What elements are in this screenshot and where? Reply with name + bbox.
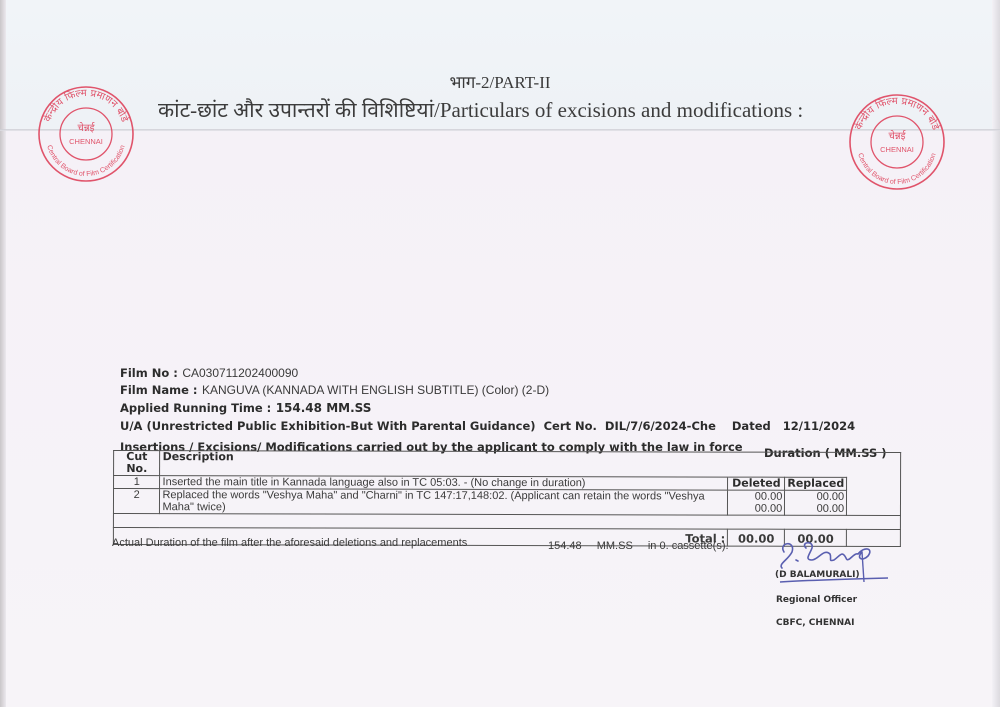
part-heading: कांट-छांट और उपान्तरों की विशिष्टियां/Pa… [158, 96, 803, 124]
svg-text:Central Board of Film Certific: Central Board of Film Certification [856, 152, 937, 186]
cut-deleted: 00.0000.00 [728, 490, 785, 515]
cert-no-value: DIL/7/6/2024-Che [605, 419, 716, 433]
cut-replaced: 00.0000.00 [785, 490, 847, 515]
running-time-row: Applied Running Time : 154.48 MM.SS [120, 399, 371, 417]
svg-text:केन्द्रीय फिल्म प्रमाणन बोर्ड: केन्द्रीय फिल्म प्रमाणन बोर्ड [41, 88, 131, 125]
signatory-office: CBFC, CHENNAI [776, 618, 854, 628]
table-row: 1 Inserted the main title in Kannada lan… [114, 475, 901, 490]
film-name-value: KANGUVA (KANNADA WITH ENGLISH SUBTITLE) … [202, 383, 549, 397]
actual-duration-value-row: 154.48 MM.SS in 0. cassette(s). [548, 540, 729, 552]
cut-description: Inserted the main title in Kannada langu… [160, 476, 728, 490]
running-time-label: Applied Running Time : [120, 401, 271, 415]
cbfc-stamp-right-icon: केन्द्रीय फिल्म प्रमाणन बोर्ड Central Bo… [847, 92, 947, 192]
actual-duration-cassettes: in 0. cassette(s). [648, 540, 729, 552]
certificate-page: भाग-2/PART-II कांट-छांट और उपान्तरों की … [0, 0, 1000, 707]
table-header-row: Cut No. Description [114, 450, 901, 477]
col-cut-no: Cut No. [114, 450, 161, 475]
stamp-hindi-arc: केन्द्रीय फिल्म प्रमाणन बोर्ड [41, 88, 131, 125]
cut-no: 2 [113, 488, 160, 513]
table-row: 2 Replaced the words "Veshya Maha" and "… [113, 488, 900, 515]
dated-label: Dated [732, 419, 771, 433]
col-deleted: Deleted [728, 477, 785, 490]
certificate-row: U/A (Unrestricted Public Exhibition-But … [120, 419, 859, 433]
actual-duration-unit: MM.SS [597, 540, 633, 552]
col-replaced: Replaced [785, 477, 847, 490]
page-right-edge [992, 0, 1000, 707]
film-name-row: Film Name : KANGUVA (KANNADA WITH ENGLIS… [120, 381, 549, 399]
svg-text:चेन्नई: चेन्नई [78, 122, 96, 134]
actual-duration-value: 154.48 [548, 540, 582, 552]
svg-text:चेन्नई: चेन्नई [889, 130, 907, 142]
film-no-row: Film No : CA030711202400090 [120, 364, 298, 382]
part-title: भाग-2/PART-II [0, 70, 1000, 93]
dated-value: 12/11/2024 [783, 419, 855, 433]
page-left-edge [0, 0, 6, 707]
running-time-value: 154.48 MM.SS [276, 401, 372, 415]
film-no-label: Film No : [120, 366, 178, 380]
actual-duration-label: Actual Duration of the film after the af… [112, 537, 467, 549]
cbfc-stamp-left-icon: केन्द्रीय फिल्म प्रमाणन बोर्ड Central Bo… [36, 84, 136, 184]
cut-no: 1 [114, 475, 161, 488]
cert-no-label: Cert No. [544, 419, 597, 433]
col-description: Description [160, 451, 728, 477]
svg-text:केन्द्रीय फिल्म प्रमाणन बोर्ड: केन्द्रीय फिल्म प्रमाणन बोर्ड [852, 96, 942, 133]
signature-icon [770, 538, 900, 588]
certificate-type: U/A (Unrestricted Public Exhibition-But … [120, 419, 536, 433]
svg-text:CHENNAI: CHENNAI [880, 145, 914, 154]
film-no-value: CA030711202400090 [182, 366, 298, 380]
film-name-label: Film Name : [120, 383, 198, 397]
cut-description: Replaced the words "Veshya Maha" and "Ch… [160, 489, 728, 515]
svg-text:Central Board of Film Certific: Central Board of Film Certification [45, 144, 126, 178]
signatory-role: Regional Officer [776, 595, 857, 605]
signatory-name: (D BALAMURALI) [775, 570, 860, 580]
cuts-table: Cut No. Description 1 Inserted the main … [113, 450, 901, 547]
svg-text:CHENNAI: CHENNAI [69, 137, 103, 146]
